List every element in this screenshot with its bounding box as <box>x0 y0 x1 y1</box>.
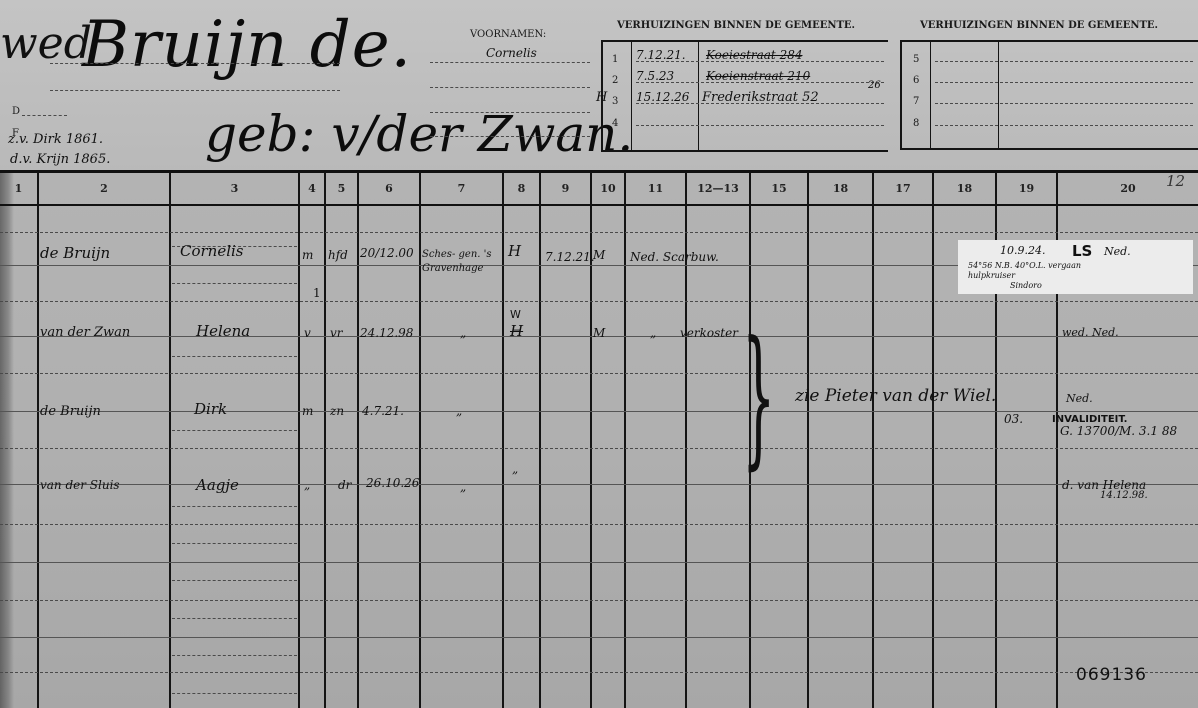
col-header: 2 <box>39 172 169 205</box>
label-d: D <box>12 106 20 117</box>
col-divider <box>169 172 171 708</box>
row2-birthplace: „ <box>460 326 466 340</box>
col-header: 18 <box>934 172 995 205</box>
row1-sex: m <box>302 248 313 262</box>
move-rule <box>636 125 884 126</box>
col-divider <box>419 172 421 708</box>
row-subrule <box>172 356 297 357</box>
prefix-wed: wed <box>0 18 92 69</box>
col-divider <box>872 172 874 708</box>
col-divider <box>324 172 326 708</box>
row-subrule <box>172 543 297 544</box>
row4-relation: dr <box>338 478 351 492</box>
col-header: 7 <box>421 172 502 205</box>
row2-col20: wed. Ned. <box>1062 326 1119 339</box>
row4-religion: „ <box>512 462 518 476</box>
parent-line-father: z.v. Dirk 1861. <box>8 132 103 147</box>
brace-note-sub: 03. <box>1004 412 1023 426</box>
row2-occupation: verkoster <box>680 326 738 340</box>
row2-sex: v <box>304 326 311 340</box>
row-subrule <box>172 430 297 431</box>
voornamen-value: Cornelis <box>486 46 537 60</box>
row-rule <box>0 232 1198 233</box>
row2-given: Helena <box>196 322 250 340</box>
row4-sex: „ <box>304 478 310 492</box>
move-address: Koeienstraat 210 <box>706 69 810 83</box>
col-divider <box>624 172 626 708</box>
archive-number: 069136 <box>1076 665 1147 685</box>
moves-right-table <box>900 40 1198 150</box>
parent-line-mother: d.v. Krijn 1865. <box>10 152 110 167</box>
voornamen-rule <box>430 62 590 63</box>
col-header: 4 <box>300 172 324 205</box>
move-rule <box>935 82 1193 83</box>
row1-religion: H <box>508 242 521 260</box>
voornamen-rule <box>430 112 590 113</box>
row3-sex: m <box>302 404 313 418</box>
col-divider <box>807 172 809 708</box>
move-num: 1 <box>612 54 618 65</box>
col-header: 5 <box>326 172 357 205</box>
stamp-ls-line2: 54°56 N.B. 40°O.L. vergaan <box>968 261 1081 270</box>
row2-religion-mark: W <box>510 308 521 321</box>
col-header: 9 <box>541 172 590 205</box>
row-subrule <box>172 693 297 694</box>
row2-surname: van der Zwan <box>40 325 130 340</box>
row1-arrival: 7.12.21. <box>545 250 595 264</box>
moves-right-divider <box>930 40 931 148</box>
row-rule <box>0 524 1198 525</box>
bracket-brace: } <box>742 312 775 482</box>
row3-col20: Ned. <box>1066 392 1093 405</box>
move-num: 2 <box>612 75 618 86</box>
move-rule <box>636 82 884 83</box>
row-rule <box>0 373 1198 374</box>
move-date: 7.12.21. <box>636 48 686 62</box>
header-rule <box>50 90 340 91</box>
row3-relation: zn <box>330 404 344 418</box>
stamp-ls-date: 10.9.24. <box>1000 244 1045 257</box>
move-num: 6 <box>913 75 919 86</box>
row4-birthplace: „ <box>460 480 466 494</box>
move-num: 7 <box>913 96 919 107</box>
row3-birthplace: „ <box>456 404 462 418</box>
row1-occupation: Ned. Scarbuw. <box>630 250 719 264</box>
voornamen-rule <box>430 87 590 88</box>
move-date: 7.5.23 <box>636 69 674 83</box>
row-subrule <box>172 283 297 284</box>
moves-left-title: VERHUIZINGEN BINNEN DE GEMEENTE. <box>617 20 855 31</box>
row2-occupation-prefix: „ <box>650 326 656 340</box>
population-register-card: wed Bruijn de. geb: v/der Zwan. D F z.v.… <box>0 0 1198 708</box>
stamp-ls-mark: LS <box>1072 242 1092 260</box>
row4-col20-date: 14.12.98. <box>1100 490 1148 501</box>
voornamen-label: VOORNAMEN: <box>470 29 546 40</box>
col-header: 10 <box>592 172 624 205</box>
col-header: 17 <box>874 172 932 205</box>
maiden-name: geb: v/der Zwan. <box>205 105 633 163</box>
row4-given: Aagje <box>196 476 239 494</box>
row-rule <box>0 562 1198 563</box>
row3-surname: de Bruijn <box>40 404 101 419</box>
col-divider <box>37 172 39 708</box>
col-header: 6 <box>359 172 419 205</box>
row2-religion: H <box>510 322 523 340</box>
corner-mark: 12 <box>1166 172 1185 190</box>
col-header: 3 <box>171 172 298 205</box>
col-header: 8 <box>504 172 539 205</box>
move-rule <box>935 103 1193 104</box>
stamp-ls-line3: hulpkruiser <box>968 271 1015 280</box>
col-header: 15 <box>751 172 807 205</box>
row-rule <box>0 484 1198 485</box>
row2-relation: vr <box>330 326 343 340</box>
col-divider <box>932 172 934 708</box>
row-subrule <box>172 618 297 619</box>
move-rule <box>935 125 1193 126</box>
row1-marital: M <box>593 248 605 262</box>
move-num: 3 <box>612 96 618 107</box>
row4-surname: van der Sluis <box>40 478 120 492</box>
move-prefix-mark: H <box>596 90 607 105</box>
row-rule <box>0 448 1198 449</box>
moves-left-divider <box>631 40 632 150</box>
row1-relation-mark: 1 <box>313 286 321 300</box>
move-rule <box>935 61 1193 62</box>
move-rule <box>636 61 884 62</box>
col-header: 1 <box>0 172 37 205</box>
col-header: 19 <box>997 172 1056 205</box>
col-divider <box>502 172 504 708</box>
row3-given: Dirk <box>194 400 227 418</box>
brace-note: zie Pieter van der Wiel. <box>795 386 996 406</box>
stamp-ls-note: Ned. <box>1104 245 1131 258</box>
voornamen-rule <box>430 136 590 137</box>
move-address: Koeiestraat 284 <box>706 48 802 62</box>
col-divider <box>298 172 300 708</box>
row-rule <box>0 637 1198 638</box>
stamp-invaliditeit-value: G. 13700/M. 3.1 88 <box>1060 424 1177 438</box>
row1-surname: de Bruijn <box>40 244 110 262</box>
row-rule <box>0 600 1198 601</box>
surname: Bruijn de. <box>82 8 412 82</box>
header-rule <box>50 63 340 64</box>
stamp-ls-line4: Sindoro <box>1010 281 1042 290</box>
move-num: 5 <box>913 54 919 65</box>
move-superscript: 26 <box>868 80 881 91</box>
row3-birthdate: 4.7.21. <box>362 404 404 418</box>
row-rule <box>0 301 1198 302</box>
row1-birthdate: 20/12.00 <box>360 246 414 260</box>
row1-given: Cornelis <box>180 242 244 260</box>
col-header: 12—13 <box>687 172 749 205</box>
col-divider <box>357 172 359 708</box>
moves-left-divider <box>698 40 699 150</box>
col-header: 11 <box>626 172 685 205</box>
move-num: 4 <box>612 118 618 129</box>
move-num: 8 <box>913 118 919 129</box>
row-subrule <box>172 655 297 656</box>
moves-right-title: VERHUIZINGEN BINNEN DE GEMEENTE. <box>920 20 1158 31</box>
move-rule <box>636 103 884 104</box>
d-rule <box>22 115 67 116</box>
row2-birthdate: 24.12.98 <box>360 326 413 340</box>
row1-birthplace: Sches- gen. 's Gravenhage <box>422 248 502 276</box>
row-subrule <box>172 506 297 507</box>
row4-birthdate: 26.10.26 <box>366 476 419 490</box>
col-divider <box>539 172 541 708</box>
row-subrule <box>172 580 297 581</box>
row-rule <box>0 672 1198 673</box>
row2-marital: M <box>593 326 605 340</box>
move-date: 15.12.26 <box>636 90 689 104</box>
moves-right-divider <box>998 40 999 148</box>
row1-relation: hfd <box>328 248 348 262</box>
col-header: 18 <box>809 172 872 205</box>
